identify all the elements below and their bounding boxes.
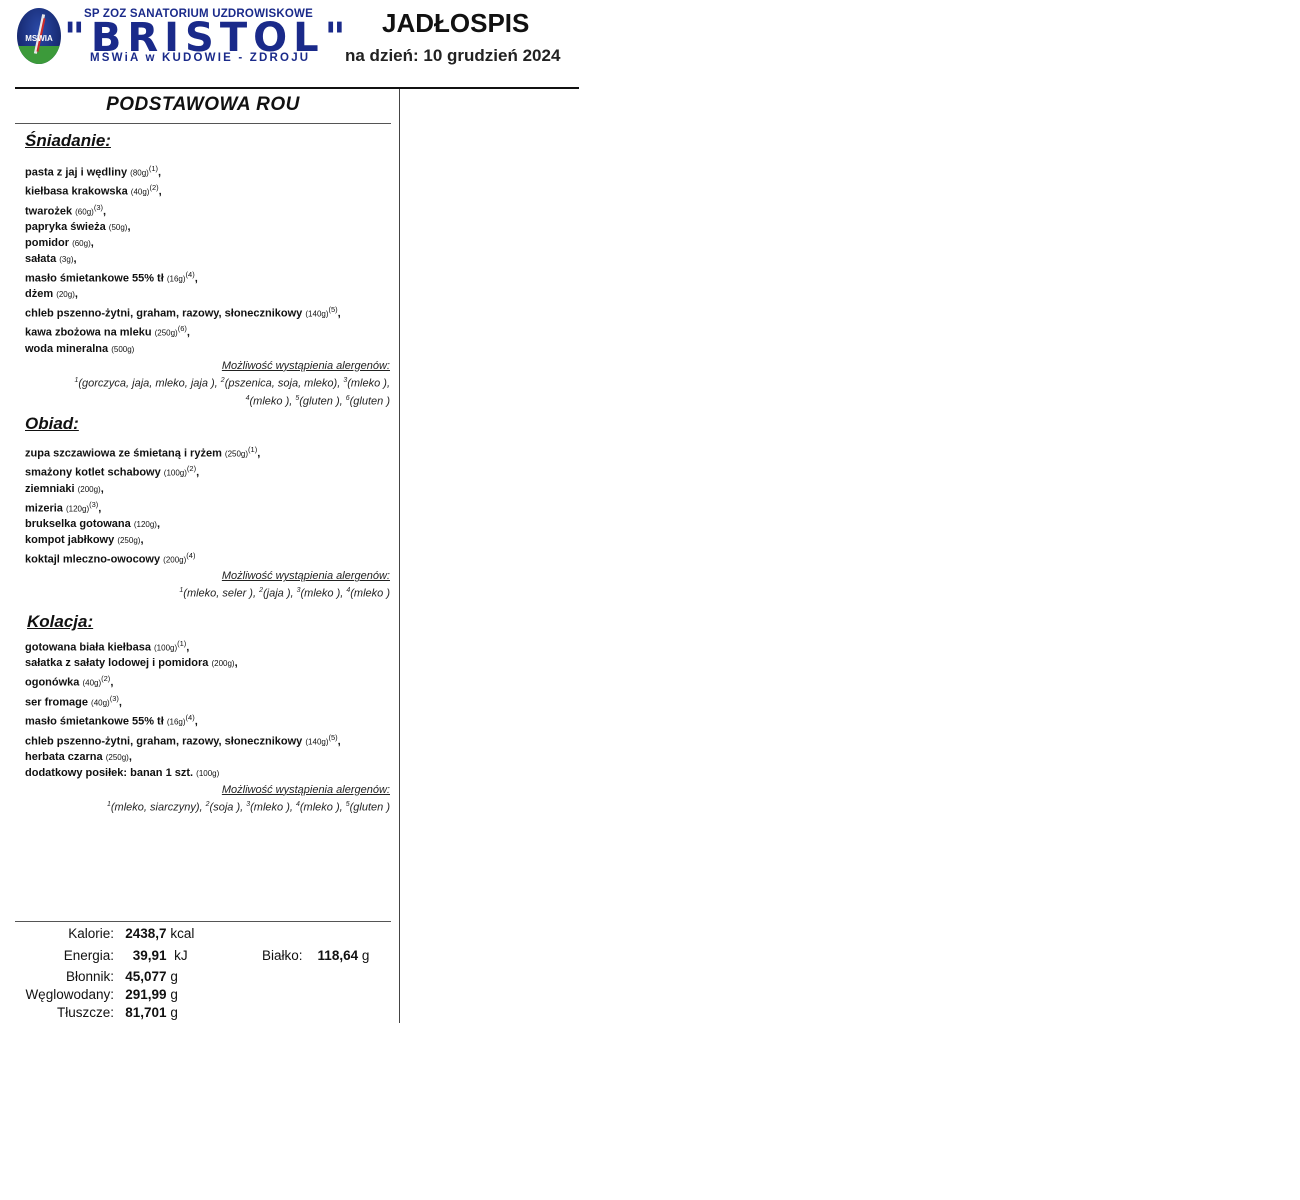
allergen-ref: (5): [329, 305, 338, 314]
menu-item-name: chleb pszenno-żytni, graham, razowy, sło…: [25, 735, 302, 747]
header-divider: [15, 87, 579, 89]
menu-item-name: dżem: [25, 288, 56, 300]
menu-item: chleb pszenno-żytni, graham, razowy, sło…: [25, 731, 390, 750]
menu-item-name: dodatkowy posiłek: banan 1 szt.: [25, 767, 193, 779]
nutrition-label: Białko:: [262, 948, 303, 963]
menu-item: woda mineralna (500g): [25, 342, 390, 358]
nutrition-value: 45,077: [125, 969, 166, 984]
meal-title-breakfast: Śniadanie:: [25, 131, 111, 151]
separator: ,: [195, 272, 198, 284]
menu-item-quantity: (40g): [82, 679, 101, 688]
nutrition-unit: kcal: [170, 926, 194, 941]
allergen-entry: (mleko ),: [301, 588, 347, 600]
allergen-ref: (3): [94, 203, 103, 212]
menu-item-quantity: (120g): [134, 520, 157, 529]
menu-item-name: zupa szczawiowa ze śmietaną i ryżem: [25, 448, 222, 460]
nutrition-kalorie: Kalorie: 2438,7 kcal: [18, 926, 194, 941]
menu-item-name: mizeria: [25, 502, 63, 514]
menu-item: mizeria (120g)(3),: [25, 498, 390, 517]
allergen-entry: (gluten ),: [299, 396, 345, 408]
allergen-ref: (6): [178, 324, 187, 333]
allergen-entry: (pszenica, soja, mleko),: [225, 377, 344, 389]
menu-item-quantity: (50g): [109, 223, 128, 232]
allergen-ref: (3): [110, 694, 119, 703]
separator: ,: [103, 206, 106, 218]
menu-item-quantity: (100g): [154, 644, 177, 653]
nutrition-energia: Energia: 39,91 kJ: [18, 948, 188, 963]
allergen-entry: (mleko, siarczyny),: [111, 801, 206, 813]
menu-item-quantity: (250g): [155, 329, 178, 338]
allergen-ref: (3): [89, 500, 98, 509]
separator: ,: [75, 288, 78, 300]
separator: ,: [195, 716, 198, 728]
allergen-ref: (5): [329, 733, 338, 742]
menu-item-name: woda mineralna: [25, 343, 108, 355]
menu-item-name: pasta z jaj i wędliny: [25, 167, 127, 179]
menu-item-name: herbata czarna: [25, 751, 103, 763]
menu-item: chleb pszenno-żytni, graham, razowy, sło…: [25, 303, 390, 322]
meal-breakfast: pasta z jaj i wędliny (80g)(1),kiełbasa …: [25, 162, 390, 410]
menu-item-name: kompot jabłkowy: [25, 534, 114, 546]
menu-item: masło śmietankowe 55% tł (16g)(4),: [25, 268, 390, 287]
allergen-heading: Możliwość wystąpienia alergenów:: [25, 783, 390, 797]
meal-title-dinner: Kolacja:: [27, 612, 93, 632]
nutrition-bialko: Białko: 118,64 g: [262, 948, 369, 963]
menu-item-quantity: (60g): [72, 239, 91, 248]
menu-item-name: brukselka gotowana: [25, 518, 131, 530]
menu-item: papryka świeża (50g),: [25, 220, 390, 236]
allergen-entry: (mleko ),: [347, 377, 390, 389]
allergen-ref: (2): [101, 674, 110, 683]
allergen-ref: (1): [177, 639, 186, 648]
separator: ,: [235, 657, 238, 669]
diet-divider: [15, 123, 391, 124]
menu-item-quantity: (40g): [131, 188, 150, 197]
separator: ,: [110, 677, 113, 689]
menu-item-quantity: (3g): [59, 255, 73, 264]
nutrition-value: 2438,7: [125, 926, 166, 941]
separator: ,: [158, 167, 161, 179]
allergen-entry: (mleko, seler ),: [183, 588, 259, 600]
separator: ,: [98, 502, 101, 514]
menu-item: twarożek (60g)(3),: [25, 201, 390, 220]
menu-item: kiełbasa krakowska (40g)(2),: [25, 181, 390, 200]
separator: ,: [159, 186, 162, 198]
menu-item-quantity: (100g): [164, 469, 187, 478]
menu-item: dżem (20g),: [25, 287, 390, 303]
menu-item-name: kawa zbożowa na mleku: [25, 327, 155, 339]
nutrition-weglowodany: Węglowodany: 291,99 g: [18, 987, 178, 1002]
separator: ,: [186, 642, 189, 654]
allergen-ref: (1): [149, 164, 158, 173]
menu-item-quantity: (200g): [78, 485, 101, 494]
menu-item-quantity: (200g): [163, 555, 186, 564]
nutrition-tluszcze: Tłuszcze: 81,701 g: [18, 1005, 178, 1020]
menu-item: gotowana biała kiełbasa (100g)(1),: [25, 637, 390, 656]
diet-name: PODSTAWOWA ROU: [15, 94, 391, 116]
menu-item-quantity: (140g): [305, 737, 328, 746]
menu-item: smażony kotlet schabowy (100g)(2),: [25, 462, 390, 481]
allergen-list: 1(gorczyca, jaja, mleko, jaja ), 2(pszen…: [25, 373, 390, 410]
menu-item: kawa zbożowa na mleku (250g)(6),: [25, 322, 390, 341]
menu-item: ziemniaki (200g),: [25, 482, 390, 498]
menu-item-name: ogonówka: [25, 677, 79, 689]
menu-item-quantity: (60g): [75, 208, 94, 217]
menu-item-name: ziemniaki: [25, 483, 78, 495]
menu-item: sałata (3g),: [25, 252, 390, 268]
separator: ,: [338, 308, 341, 320]
nutrition-blonnik: Błonnik: 45,077 g: [18, 969, 178, 984]
menu-item-quantity: (250g): [225, 450, 248, 459]
mswia-logo: MSWIA: [17, 8, 61, 64]
menu-item: kompot jabłkowy (250g),: [25, 533, 390, 549]
menu-item-name: twarożek: [25, 206, 72, 218]
allergen-entry: (mleko ): [350, 588, 390, 600]
nutrition-value: 118,64: [318, 948, 359, 963]
menu-item-quantity: (120g): [66, 504, 89, 513]
allergen-ref: (1): [248, 445, 257, 454]
menu-item-quantity: (16g): [167, 274, 186, 283]
menu-item-quantity: (16g): [167, 718, 186, 727]
menu-item-name: papryka świeża: [25, 221, 106, 233]
menu-item-quantity: (500g): [111, 345, 134, 354]
menu-item-name: smażony kotlet schabowy: [25, 467, 161, 479]
menu-item: herbata czarna (250g),: [25, 750, 390, 766]
menu-item-quantity: (250g): [106, 753, 129, 762]
nutrition-value: 81,701: [125, 1005, 166, 1020]
allergen-ref: (4): [186, 713, 195, 722]
menu-item-quantity: (20g): [56, 290, 75, 299]
meal-dinner: gotowana biała kiełbasa (100g)(1),sałatk…: [25, 637, 390, 815]
allergen-entry: (mleko ),: [300, 801, 346, 813]
meal-title-lunch: Obiad:: [25, 414, 79, 434]
meal-lunch: zupa szczawiowa ze śmietaną i ryżem (250…: [25, 443, 390, 602]
menu-item-name: koktajl mleczno-owocowy: [25, 553, 160, 565]
allergen-heading: Możliwość wystąpienia alergenów:: [25, 569, 390, 583]
separator: ,: [140, 534, 143, 546]
nutrition-label: Tłuszcze:: [18, 1005, 114, 1020]
separator: ,: [257, 448, 260, 460]
allergen-ref: (4): [186, 270, 195, 279]
menu-item-name: masło śmietankowe 55% tł: [25, 272, 164, 284]
menu-item-name: chleb pszenno-żytni, graham, razowy, sło…: [25, 308, 302, 320]
nutrition-divider: [15, 921, 391, 922]
nutrition-unit: g: [170, 1005, 178, 1020]
menu-item: ogonówka (40g)(2),: [25, 672, 390, 691]
menu-item-quantity: (200g): [211, 659, 234, 668]
menu-item-name: masło śmietankowe 55% tł: [25, 716, 164, 728]
menu-item-name: sałata: [25, 253, 56, 265]
separator: ,: [127, 221, 130, 233]
menu-item: brukselka gotowana (120g),: [25, 517, 390, 533]
document-date: na dzień: 10 grudzień 2024: [345, 46, 560, 66]
document-title: JADŁOSPIS: [382, 8, 529, 39]
allergen-entry: (soja ),: [210, 801, 247, 813]
separator: ,: [187, 327, 190, 339]
nutrition-label: Węglowodany:: [18, 987, 114, 1002]
nutrition-unit: g: [170, 987, 178, 1002]
menu-item-name: kiełbasa krakowska: [25, 186, 131, 198]
menu-item-quantity: (140g): [305, 310, 328, 319]
menu-item-quantity: (40g): [91, 698, 110, 707]
nutrition-label: Energia:: [18, 948, 114, 963]
menu-item-name: pomidor: [25, 237, 69, 249]
nutrition-unit: g: [362, 948, 370, 963]
separator: ,: [157, 518, 160, 530]
menu-item: koktajl mleczno-owocowy (200g)(4): [25, 549, 390, 568]
allergen-ref: (4): [186, 551, 195, 560]
menu-item: pomidor (60g),: [25, 236, 390, 252]
menu-item-quantity: (80g): [130, 169, 149, 178]
separator: ,: [119, 696, 122, 708]
nutrition-label: Błonnik:: [18, 969, 114, 984]
institution-subtitle: MSWiA w KUDOWIE - ZDROJU: [90, 52, 310, 64]
menu-item-quantity: (250g): [117, 536, 140, 545]
menu-item-quantity: (100g): [196, 769, 219, 778]
separator: ,: [91, 237, 94, 249]
allergen-entry: (mleko ),: [250, 396, 296, 408]
menu-item: zupa szczawiowa ze śmietaną i ryżem (250…: [25, 443, 390, 462]
nutrition-unit: kJ: [174, 948, 188, 963]
separator: ,: [338, 735, 341, 747]
menu-item: ser fromage (40g)(3),: [25, 692, 390, 711]
menu-item: dodatkowy posiłek: banan 1 szt. (100g): [25, 766, 390, 782]
separator: ,: [74, 253, 77, 265]
nutrition-value: 39,91: [133, 948, 167, 963]
allergen-heading: Możliwość wystąpienia alergenów:: [25, 359, 390, 373]
logo-text: MSWIA: [17, 34, 61, 43]
nutrition-value: 291,99: [125, 987, 166, 1002]
menu-item-name: gotowana biała kiełbasa: [25, 642, 151, 654]
allergen-entry: (gluten ): [350, 396, 390, 408]
column-divider: [399, 89, 400, 1023]
allergen-entry: (gluten ): [350, 801, 390, 813]
menu-item-name: sałatka z sałaty lodowej i pomidora: [25, 657, 208, 669]
separator: ,: [129, 751, 132, 763]
allergen-list: 1(mleko, seler ), 2(jaja ), 3(mleko ), 4…: [25, 583, 390, 602]
allergen-ref: (2): [149, 183, 158, 192]
menu-item: masło śmietankowe 55% tł (16g)(4),: [25, 711, 390, 730]
allergen-list: 1(mleko, siarczyny), 2(soja ), 3(mleko )…: [25, 797, 390, 816]
menu-item: sałatka z sałaty lodowej i pomidora (200…: [25, 656, 390, 672]
allergen-entry: (mleko ),: [250, 801, 296, 813]
menu-item-name: ser fromage: [25, 696, 91, 708]
nutrition-unit: g: [170, 969, 178, 984]
separator: ,: [101, 483, 104, 495]
nutrition-label: Kalorie:: [18, 926, 114, 941]
allergen-entry: (gorczyca, jaja, mleko, jaja ),: [78, 377, 220, 389]
allergen-entry: (jaja ),: [263, 588, 297, 600]
separator: ,: [196, 467, 199, 479]
allergen-ref: (2): [187, 464, 196, 473]
menu-item: pasta z jaj i wędliny (80g)(1),: [25, 162, 390, 181]
